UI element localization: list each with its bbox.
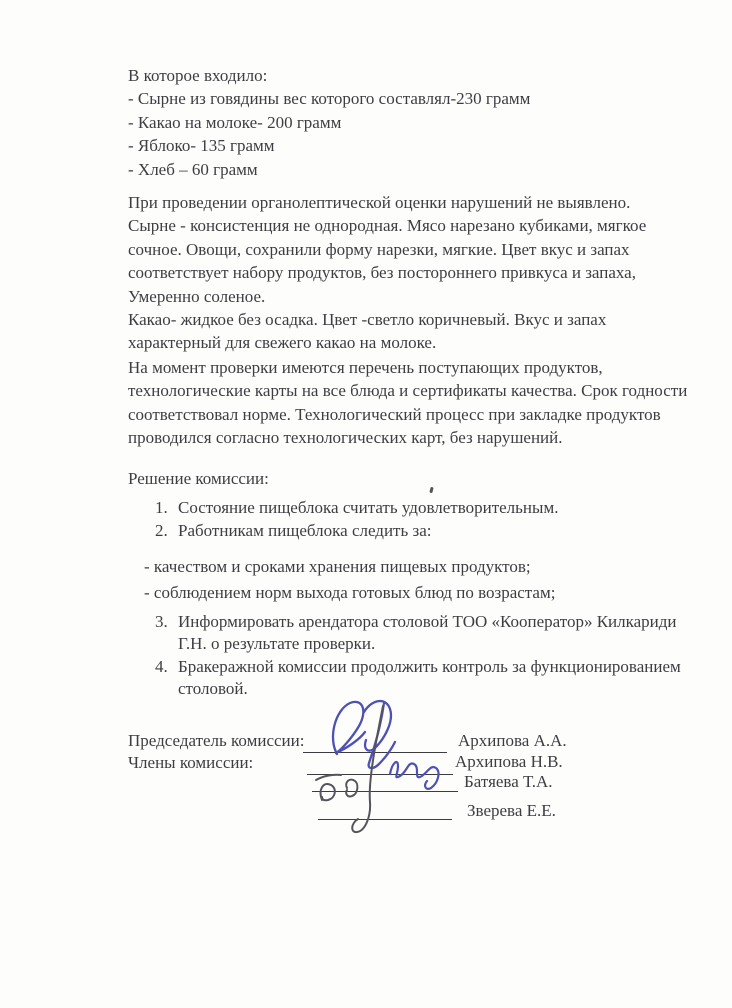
- decision-item-1-text: Состояние пищеблока считать удовлетворит…: [178, 496, 558, 519]
- decision-item-3-number: 3.: [155, 611, 178, 656]
- inspection-results-paragraph: На момент проверки имеются перечень пост…: [128, 356, 720, 450]
- chairman-label: Председатель комиссии:: [128, 729, 304, 752]
- decision-item-4-number: 4.: [155, 656, 178, 701]
- decision-heading: Решение комиссии:: [128, 467, 428, 490]
- members-label: Члены комиссии:: [128, 751, 253, 774]
- decision-item-3: 3. Информировать арендатора столовой ТОО…: [155, 611, 695, 656]
- decision-item-1: 1. Состояние пищеблока считать удовлетво…: [155, 496, 695, 519]
- scan-speck-artifact: [429, 487, 433, 494]
- chairman-signature-icon: [333, 701, 395, 768]
- decision-numbered-list-3-4: 3. Информировать арендатора столовой ТОО…: [155, 611, 695, 701]
- member-signature-scribble-icon: [390, 762, 438, 789]
- decision-item-2-text: Работникам пищеблока следить за:: [178, 519, 431, 542]
- signatory-name-4: Зверева Е.Е.: [467, 799, 556, 822]
- decision-item-1-number: 1.: [155, 496, 178, 519]
- decision-dash-item-2: - соблюдением норм выхода готовых блюд п…: [144, 581, 704, 604]
- decision-item-2-number: 2.: [155, 519, 178, 542]
- intro-paragraph: В которое входило: - Сырне из говядины в…: [128, 64, 720, 181]
- decision-item-3-text: Информировать арендатора столовой ТОО «К…: [178, 611, 677, 656]
- decision-numbered-list-1-2: 1. Состояние пищеблока считать удовлетво…: [155, 496, 695, 543]
- decision-item-2: 2. Работникам пищеблока следить за:: [155, 519, 695, 542]
- signatory-name-3: Батяева Т.А.: [464, 770, 553, 793]
- handwritten-signatures-icon: [295, 690, 475, 845]
- decision-dash-item-1: - качеством и сроками хранения пищевых п…: [144, 555, 704, 578]
- scanned-document-page: В которое входило: - Сырне из говядины в…: [0, 0, 732, 1008]
- organoleptic-assessment-paragraph: При проведении органолептической оценки …: [128, 191, 720, 355]
